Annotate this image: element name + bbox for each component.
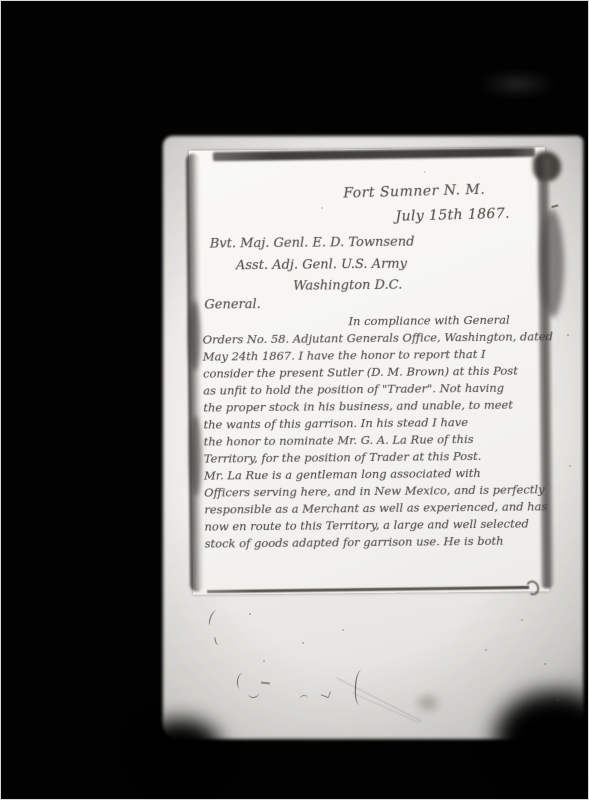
letter-dateline-place: Fort Sumner N. M. <box>343 182 485 202</box>
stray-ink-mark <box>299 694 308 702</box>
letter-page: Fort Sumner N. M. July 15th 1867. Bvt. M… <box>189 147 549 594</box>
microfilm-scan-frame: Fort Sumner N. M. July 15th 1867. Bvt. M… <box>0 0 589 800</box>
letter-body-line: stock of goods adapted for garrison use.… <box>205 532 545 552</box>
dust-specks <box>1 1 3 3</box>
letter-recipient-line: Washington D.C. <box>293 278 402 294</box>
letter-body-line: the proper stock in his business, and un… <box>203 396 543 416</box>
letter-body-line: Orders No. 58. Adjutant Generals Office,… <box>203 328 543 348</box>
letter-salutation: General. <box>204 297 261 313</box>
backing-smudge <box>413 691 443 715</box>
letter-body: In compliance with General Orders No. 58… <box>202 311 544 552</box>
letter-recipient-line: Bvt. Maj. Genl. E. D. Townsend <box>210 235 415 252</box>
letter-text: Fort Sumner N. M. July 15th 1867. Bvt. M… <box>189 147 549 594</box>
letter-recipient-line: Asst. Adj. Genl. U.S. Army <box>236 257 407 274</box>
film-smudge <box>479 69 555 99</box>
letter-dateline-date: July 15th 1867. <box>395 206 510 225</box>
backing-bottom-left-shadow <box>141 719 221 779</box>
